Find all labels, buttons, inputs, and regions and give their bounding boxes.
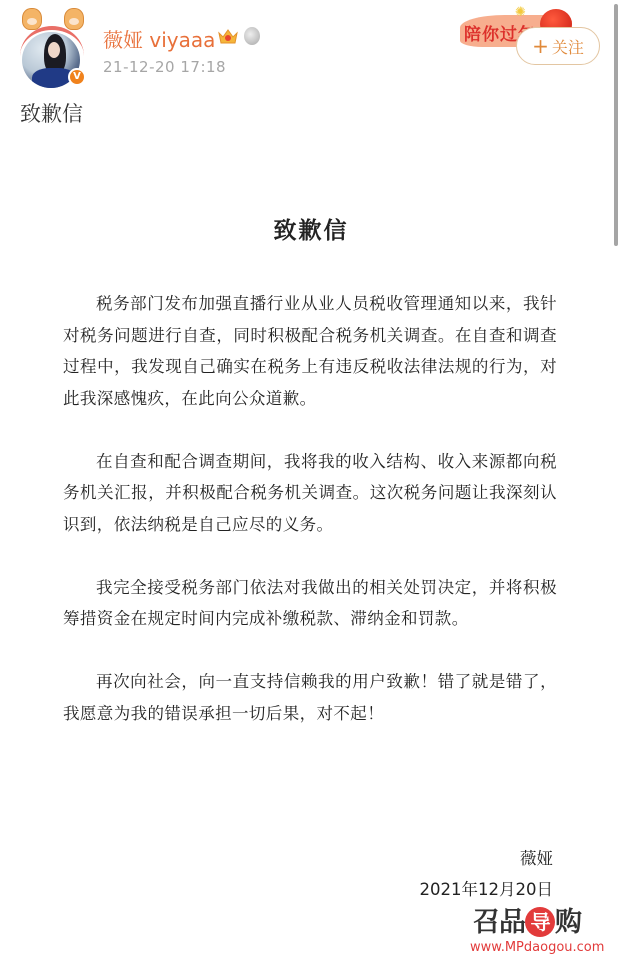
apology-letter-image[interactable]: 致歉信 税务部门发布加强直播行业从业人员税收管理通知以来，我针对税务问题进行自查… (0, 150, 622, 970)
letter-paragraph: 在自查和配合调查期间，我将我的收入结构、收入来源都向税务机关汇报，并积极配合税务… (63, 446, 557, 541)
avatar[interactable]: V (18, 8, 88, 84)
letter-date: 2021年12月20日 (0, 876, 553, 900)
watermark-logo: 召品导购 (473, 900, 581, 939)
post-timestamp[interactable]: 21-12-20 17:18 (103, 58, 226, 76)
ox-mascot-icon (22, 8, 42, 30)
follow-button[interactable]: + 关注 (516, 27, 600, 65)
ox-mascot-icon (64, 8, 84, 30)
verified-v-icon: V (68, 68, 86, 86)
watermark-logo-circle: 导 (525, 907, 555, 937)
author-name[interactable]: 薇娅 viyaaa (103, 24, 215, 53)
crown-badge-icon[interactable] (218, 28, 238, 45)
firework-icon: ✺ (515, 5, 526, 20)
plus-icon: + (532, 36, 549, 56)
letter-paragraph: 税务部门发布加强直播行业从业人员税收管理通知以来，我针对税务问题进行自查，同时积… (63, 288, 557, 414)
post-header: V 薇娅 viyaaa 21-12-20 17:18 ✺ 陪你过年 + 关注 (0, 0, 622, 95)
follow-label: 关注 (552, 35, 584, 58)
letter-title: 致歉信 (0, 212, 622, 245)
letter-paragraph: 再次向社会，向一直支持信赖我的用户致歉！错了就是错了，我愿意为我的错误承担一切后… (63, 666, 557, 729)
watermark-url: www.MPdaogou.com (470, 940, 604, 955)
letter-paragraph: 我完全接受税务部门依法对我做出的相关处罚决定，并将积极筹措资金在规定时间内完成补… (63, 572, 557, 635)
letter-signature: 薇娅 (0, 845, 553, 869)
silver-medal-icon[interactable] (244, 27, 260, 45)
post-text: 致歉信 (20, 98, 83, 128)
letter-body: 税务部门发布加强直播行业从业人员税收管理通知以来，我针对税务问题进行自查，同时积… (63, 288, 557, 761)
watermark: 召品导购 www.MPdaogou.com (470, 900, 620, 968)
